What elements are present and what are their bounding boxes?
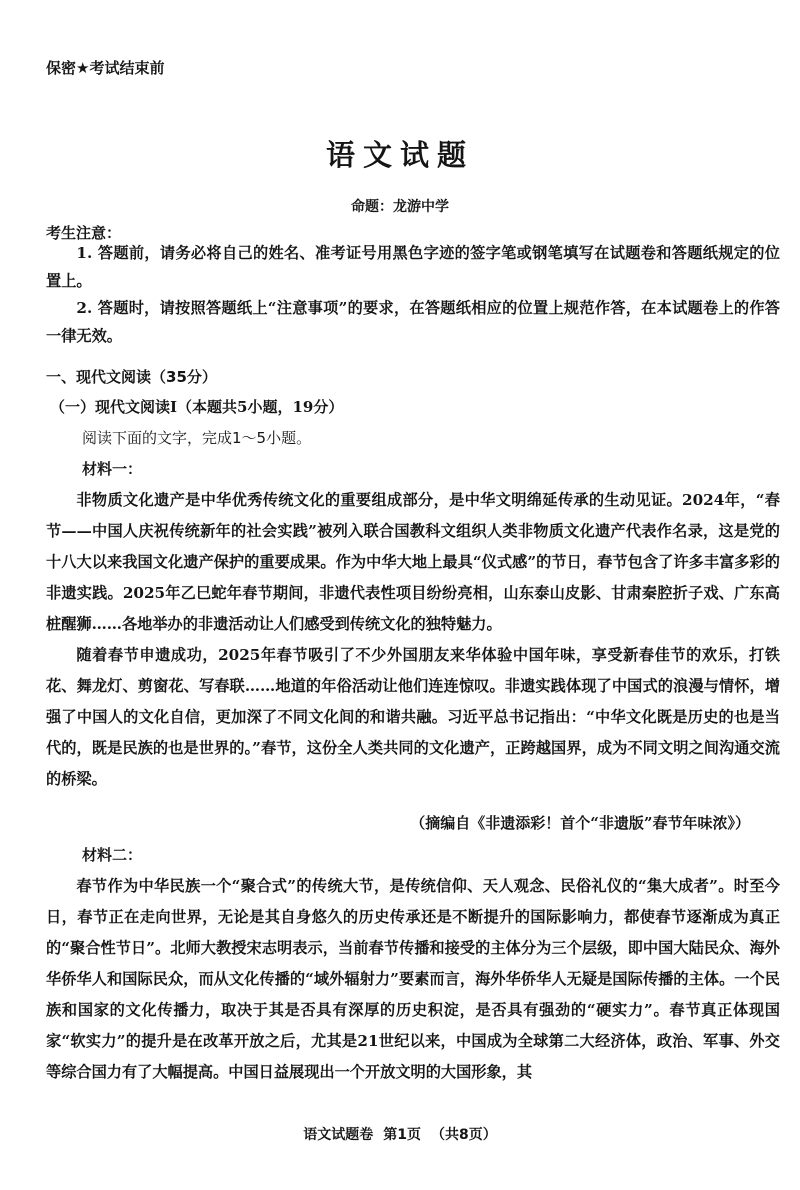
author-line: 命题：龙游中学 — [0, 196, 800, 216]
footer-page-number: 第1页 — [383, 1127, 421, 1143]
notice-item: 1. 答题前，请务必将自己的姓名、准考证号用黑色字迹的签字笔或钢笔填写在试题卷和… — [46, 240, 780, 295]
subsection-heading: （一）现代文阅读Ⅰ（本题共5小题，19分） — [50, 396, 343, 417]
page-title: 语文试题 — [0, 133, 800, 174]
material-two-label: 材料二： — [82, 844, 142, 865]
passage-paragraph: 随着春节申遗成功，2025年春节吸引了不少外国朋友来华体验中国年味，享受新春佳节… — [46, 640, 780, 795]
exam-page: 保密★考试结束前 语文试题 命题：龙游中学 考生注意： 1. 答题前，请务必将自… — [0, 0, 800, 1190]
notice-item: 2. 答题时，请按照答题纸上“注意事项”的要求，在答题纸相应的位置上规范作答，在… — [46, 295, 780, 350]
page-footer: 语文试题卷第1页（共8页） — [0, 1124, 800, 1144]
material-two-passage: 春节作为中华民族一个“聚合式”的传统大节，是传统信仰、天人观念、民俗礼仪的“集大… — [46, 871, 780, 1088]
reading-instruction: 阅读下面的文字，完成1～5小题。 — [82, 427, 311, 448]
footer-total-pages: （共8页） — [431, 1127, 497, 1143]
notice-list: 1. 答题前，请务必将自己的姓名、准考证号用黑色字迹的签字笔或钢笔填写在试题卷和… — [46, 240, 780, 350]
confidential-label: 保密★考试结束前 — [46, 57, 164, 78]
passage-paragraph: 非物质文化遗产是中华优秀传统文化的重要组成部分，是中华文明绵延传承的生动见证。2… — [46, 485, 780, 640]
section-heading: 一、现代文阅读（35分） — [46, 366, 217, 387]
material-one-label: 材料一： — [82, 458, 142, 479]
material-one-source: （摘编自《非遗添彩！首个“非遗版”春节年味浓》） — [410, 812, 750, 833]
material-one-passage: 非物质文化遗产是中华优秀传统文化的重要组成部分，是中华文明绵延传承的生动见证。2… — [46, 485, 780, 795]
footer-paper-name: 语文试题卷 — [303, 1127, 373, 1143]
passage-paragraph: 春节作为中华民族一个“聚合式”的传统大节，是传统信仰、天人观念、民俗礼仪的“集大… — [46, 871, 780, 1088]
